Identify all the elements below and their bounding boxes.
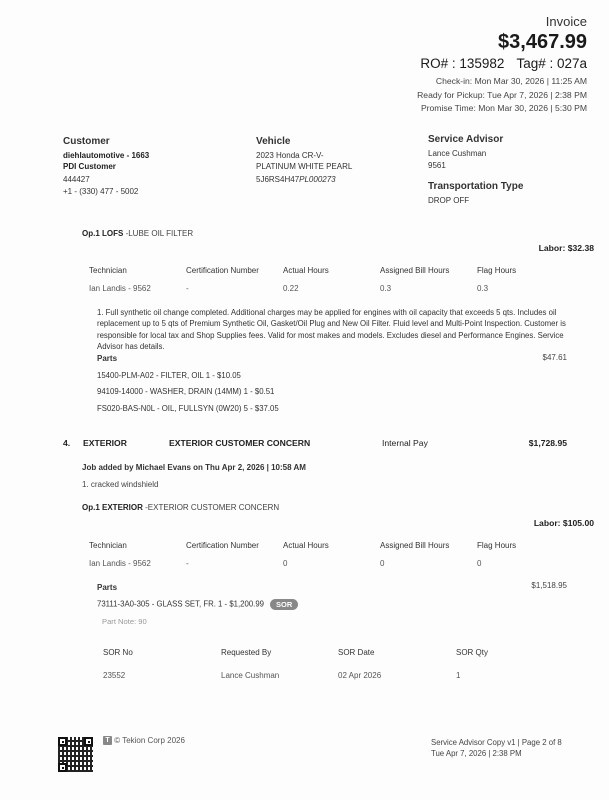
job-pay-type: Internal Pay	[382, 438, 428, 448]
customer-type: PDI Customer	[63, 161, 149, 172]
actual-hours-value: 0.22	[283, 284, 299, 293]
job-name: EXTERIOR CUSTOMER CONCERN	[169, 438, 310, 448]
document-type: Invoice	[546, 14, 587, 29]
col-certification: Certification Number	[186, 266, 259, 275]
customer-name: diehlautomotive - 1663	[63, 150, 149, 161]
op-lofs-parts-total: $47.61	[543, 353, 567, 362]
actual-hours-value: 0	[283, 559, 287, 568]
part-line: 94109-14000 - WASHER, DRAIN (14MM) 1 - $…	[97, 387, 274, 396]
assigned-bill-hours-value: 0	[380, 559, 384, 568]
customer-phone: +1 - (330) 477 - 5002	[63, 186, 149, 197]
job-concern: 1. cracked windshield	[82, 480, 158, 489]
customer-block: Customer diehlautomotive - 1663 PDI Cust…	[63, 136, 149, 197]
vehicle-model: 2023 Honda CR-V-	[256, 150, 352, 161]
requested-by-value: Lance Cushman	[221, 671, 279, 680]
col-actual-hours: Actual Hours	[283, 541, 329, 550]
op-lofs-description: 1. Full synthetic oil change completed. …	[97, 307, 579, 352]
col-flag-hours: Flag Hours	[477, 266, 516, 275]
col-sor-no: SOR No	[103, 648, 133, 657]
footer-right: Service Advisor Copy v1 | Page 2 of 8 Tu…	[431, 738, 562, 759]
job-code: EXTERIOR	[83, 438, 127, 448]
part-note: Part Note: 90	[102, 617, 147, 626]
service-advisor-title: Service Advisor	[428, 134, 523, 145]
op-exterior-title: Op.1 EXTERIOR -EXTERIOR CUSTOMER CONCERN	[82, 503, 279, 512]
ro-number: RO# : 135982	[420, 56, 504, 71]
sor-date-value: 02 Apr 2026	[338, 671, 381, 680]
col-requested-by: Requested By	[221, 648, 271, 657]
technician-value: Ian Landis - 9562	[89, 284, 151, 293]
transportation-title: Transportation Type	[428, 181, 523, 192]
sor-no-value: 23552	[103, 671, 125, 680]
job-added-by: Job added by Michael Evans on Thu Apr 2,…	[82, 463, 306, 472]
part-line: 73111-3A0-305 - GLASS SET, FR. 1 - $1,20…	[97, 599, 298, 610]
vehicle-color: PLATINUM WHITE PEARL	[256, 161, 352, 172]
col-actual-hours: Actual Hours	[283, 266, 329, 275]
op-lofs-title: Op.1 LOFS -LUBE OIL FILTER	[82, 229, 193, 238]
ro-tag-line: RO# : 135982Tag# : 027a	[420, 56, 587, 71]
col-sor-date: SOR Date	[338, 648, 374, 657]
print-timestamp: Tue Apr 7, 2026 | 2:38 PM	[431, 749, 562, 760]
copy-page-info: Service Advisor Copy v1 | Page 2 of 8	[431, 738, 562, 749]
copyright: T © Tekion Corp 2026	[103, 736, 185, 745]
tag-number: Tag# : 027a	[516, 56, 587, 71]
flag-hours-value: 0	[477, 559, 481, 568]
op-lofs-labor: Labor: $32.38	[539, 243, 594, 253]
col-certification: Certification Number	[186, 541, 259, 550]
col-flag-hours: Flag Hours	[477, 541, 516, 550]
transportation-type: DROP OFF	[428, 195, 523, 206]
col-technician: Technician	[89, 266, 127, 275]
col-sor-qty: SOR Qty	[456, 648, 488, 657]
customer-id: 444427	[63, 174, 149, 185]
col-assigned-bill-hours: Assigned Bill Hours	[380, 266, 449, 275]
sor-badge: SOR	[270, 599, 298, 610]
check-in-time: Check-in: Mon Mar 30, 2026 | 11:25 AM	[436, 76, 587, 86]
part-line: FS020-BAS-N0L - OIL, FULLSYN (0W20) 5 - …	[97, 404, 279, 413]
op-lofs-parts-label: Parts	[97, 354, 117, 363]
vehicle-block: Vehicle 2023 Honda CR-V- PLATINUM WHITE …	[256, 136, 352, 185]
sor-qty-value: 1	[456, 671, 460, 680]
ready-for-pickup-time: Ready for Pickup: Tue Apr 7, 2026 | 2:38…	[417, 90, 587, 100]
part-line: 15400-PLM-A02 - FILTER, OIL 1 - $10.05	[97, 371, 241, 380]
op-exterior-labor: Labor: $105.00	[534, 518, 594, 528]
invoice-total: $3,467.99	[498, 31, 587, 54]
vehicle-title: Vehicle	[256, 136, 352, 147]
col-assigned-bill-hours: Assigned Bill Hours	[380, 541, 449, 550]
service-advisor-name: Lance Cushman	[428, 148, 523, 159]
customer-title: Customer	[63, 136, 149, 147]
col-technician: Technician	[89, 541, 127, 550]
op-exterior-parts-total: $1,518.95	[531, 581, 567, 590]
flag-hours-value: 0.3	[477, 284, 488, 293]
promise-time: Promise Time: Mon Mar 30, 2026 | 5:30 PM	[421, 103, 587, 113]
job-number: 4.	[63, 438, 70, 448]
tekion-logo-icon: T	[103, 736, 112, 745]
vehicle-vin: 5J6RS4H47PL000273	[256, 174, 352, 185]
service-advisor-id: 9561	[428, 160, 523, 171]
job-total: $1,728.95	[529, 438, 567, 448]
qr-code-icon	[58, 737, 93, 772]
op-exterior-parts-label: Parts	[97, 583, 117, 592]
technician-value: Ian Landis - 9562	[89, 559, 151, 568]
certification-value: -	[186, 559, 189, 568]
certification-value: -	[186, 284, 189, 293]
service-advisor-block: Service Advisor Lance Cushman 9561 Trans…	[428, 134, 523, 206]
assigned-bill-hours-value: 0.3	[380, 284, 391, 293]
